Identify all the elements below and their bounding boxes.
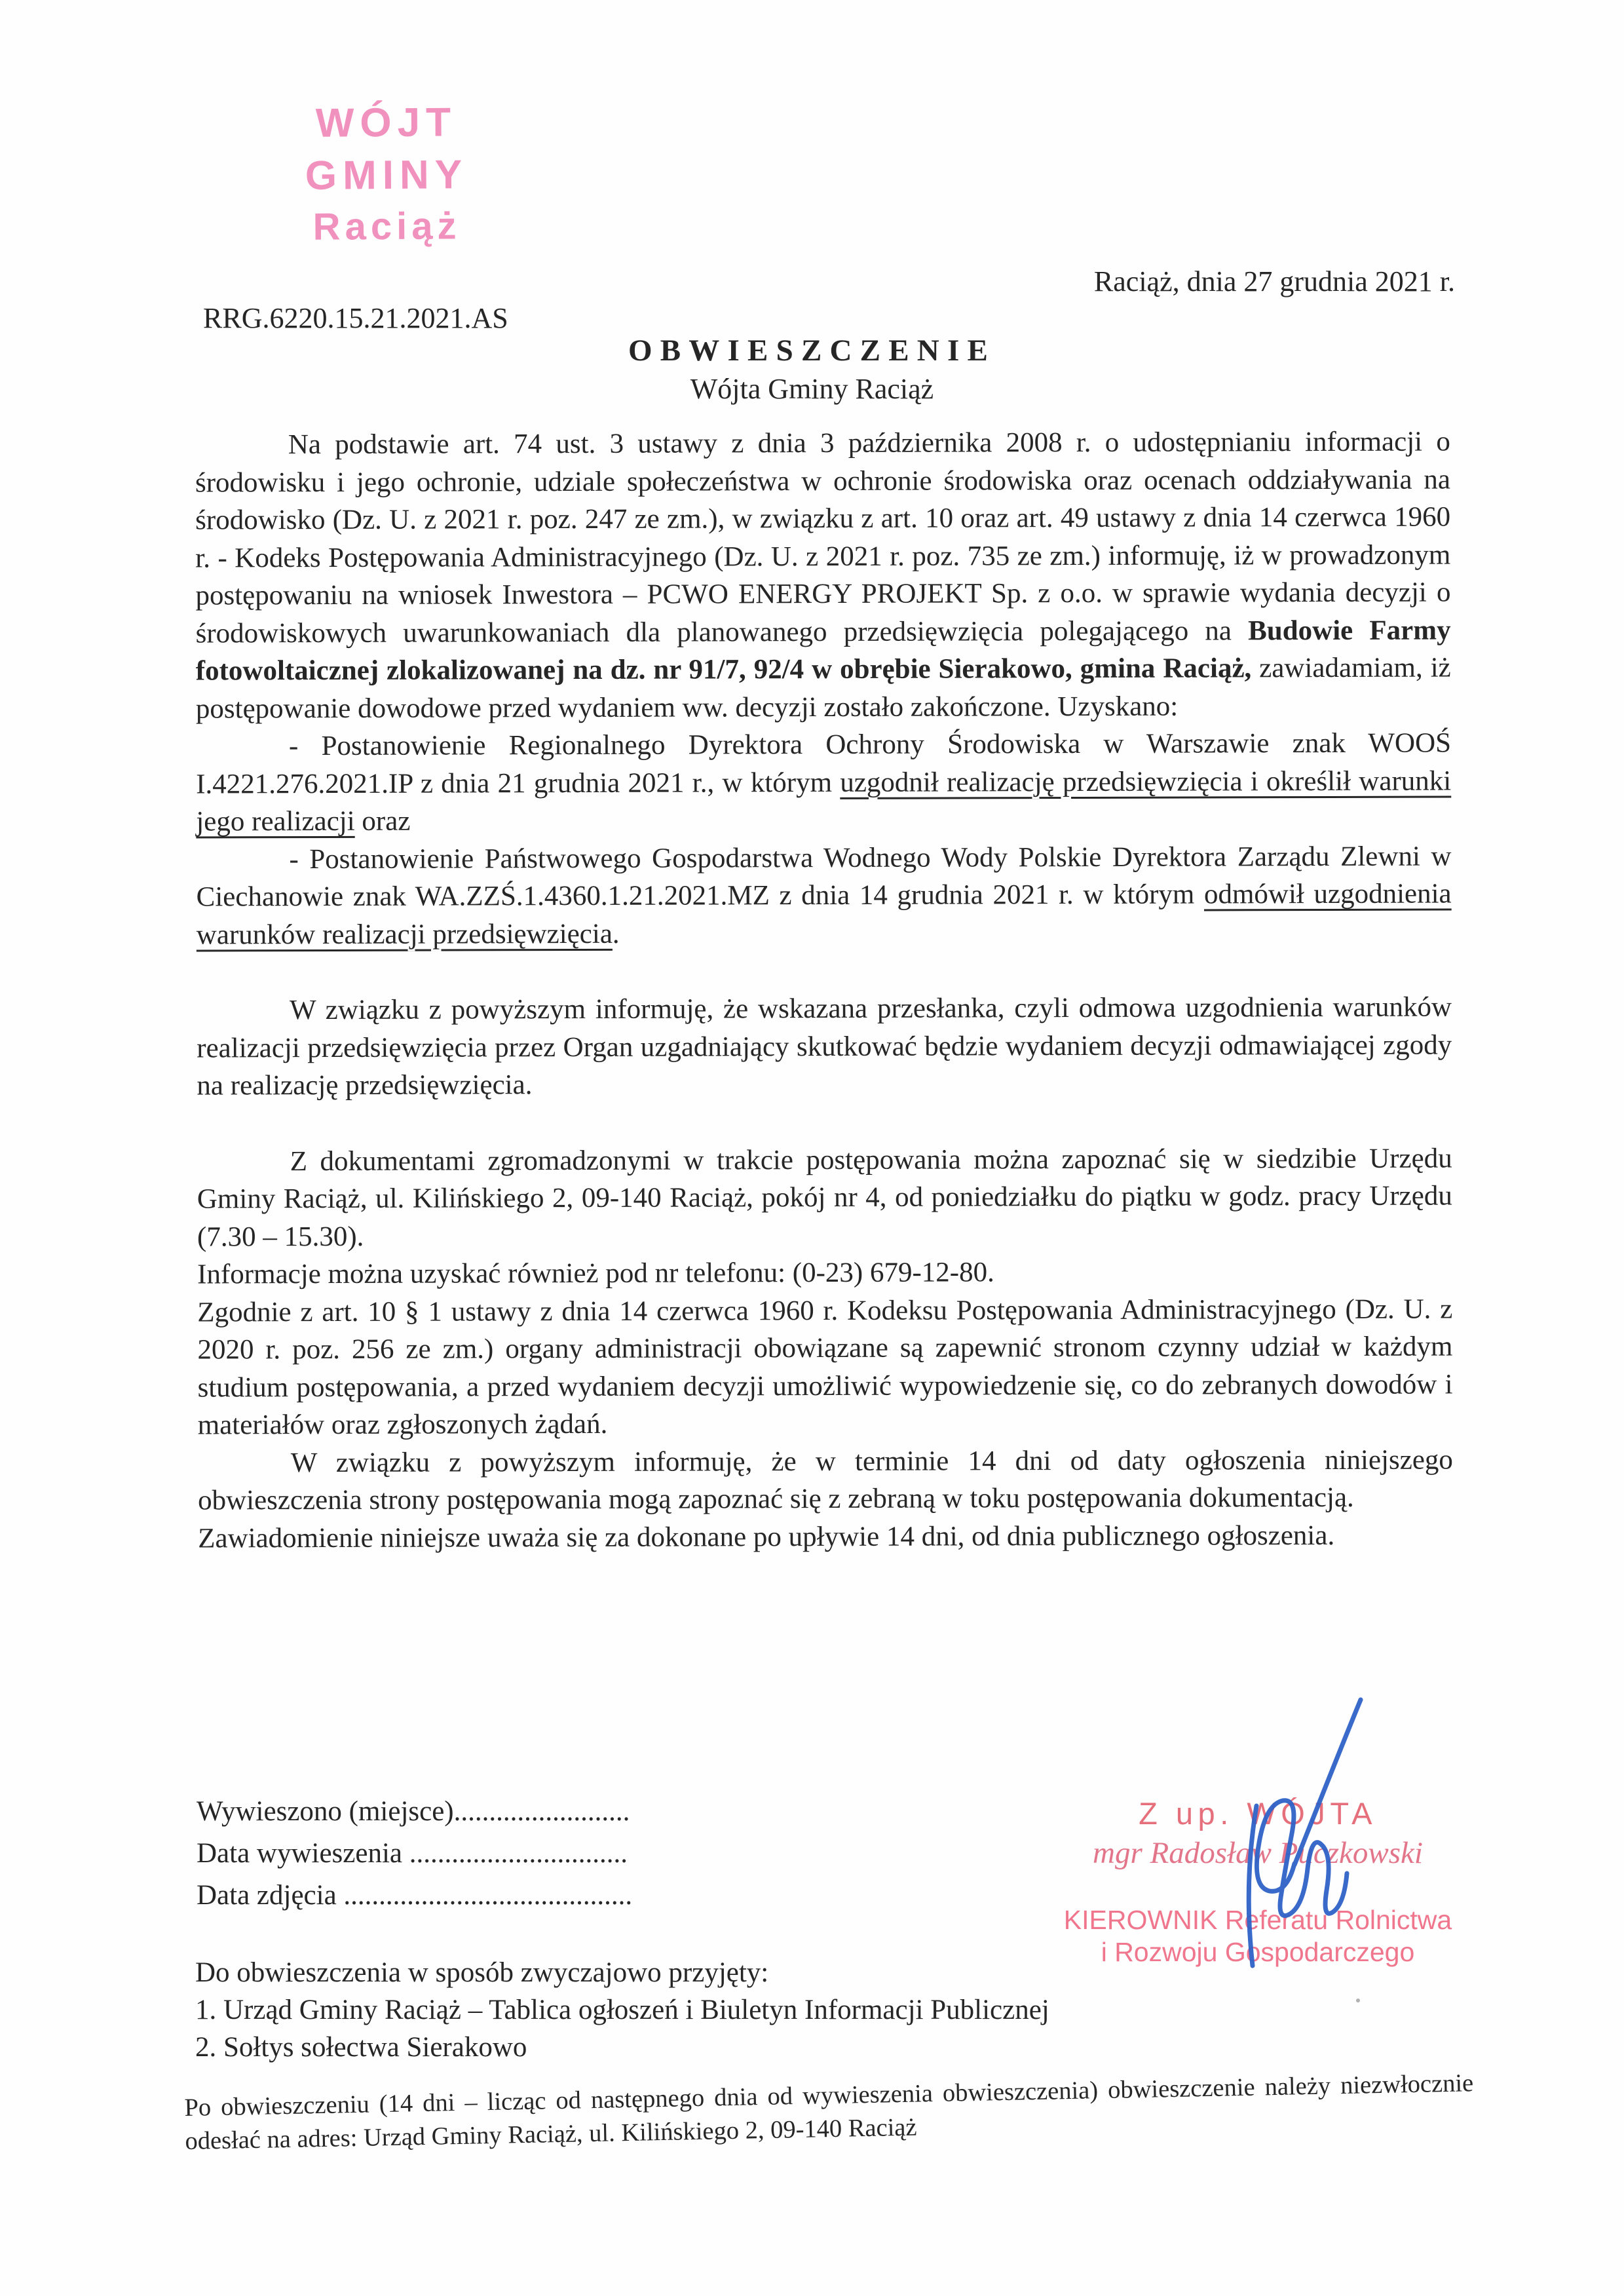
distribution-item-2: 2. Sołtys sołectwa Sierakowo xyxy=(195,2029,1049,2066)
scan-artifact-dot xyxy=(1356,1999,1360,2002)
document-body: Na podstawie art. 74 ust. 3 ustawy z dni… xyxy=(195,423,1454,1557)
list-item-rdos-decision: - Postanowienie Regionalnego Dyrektora O… xyxy=(196,724,1451,841)
paragraph-14-days-review: W związku z powyższym informuję, że w te… xyxy=(198,1441,1453,1520)
paragraph-legal-basis: Na podstawie art. 74 ust. 3 ustawy z dni… xyxy=(195,423,1451,727)
paragraph-refusal-consequence: W związku z powyższym informuję, że wska… xyxy=(197,988,1452,1105)
header-stamp-line1: WÓJT GMINY xyxy=(232,96,540,202)
dateline: Raciąż, dnia 27 grudnia 2021 r. xyxy=(1094,265,1455,298)
header-stamp-line2: Raciąż xyxy=(233,201,541,252)
distribution-heading: Do obwieszczenia w sposób zwyczajowo prz… xyxy=(195,1954,1049,1991)
document-page: WÓJT GMINY Raciąż Raciąż, dnia 27 grudni… xyxy=(0,0,1624,2296)
handwritten-signature-icon xyxy=(1192,1696,1376,1971)
document-title: OBWIESZCZENIE xyxy=(0,333,1624,368)
paragraph-notification-effective: Zawiadomienie niniejsze uważa się za dok… xyxy=(198,1516,1453,1558)
paragraph-documents-access: Z dokumentami zgromadzonymi w trakcie po… xyxy=(197,1139,1452,1256)
paragraph-phone-info: Informacje można uzyskać również pod nr … xyxy=(197,1252,1452,1293)
list-item-wody-polskie-decision: - Postanowienie Państwowego Gospodarstwa… xyxy=(196,837,1451,954)
item1-post: oraz xyxy=(355,806,411,837)
removal-date-line: Data zdjęcia ...........................… xyxy=(197,1875,632,1917)
posting-date-line: Data wywieszenia .......................… xyxy=(197,1833,632,1875)
return-instruction-footnote: Po obwieszczeniu (14 dni – licząc od nas… xyxy=(184,2067,1475,2158)
document-subtitle: Wójta Gminy Raciąż xyxy=(0,372,1624,406)
posting-place-line: Wywieszono (miejsce)....................… xyxy=(197,1791,632,1833)
distribution-item-1: 1. Urząd Gminy Raciąż – Tablica ogłoszeń… xyxy=(195,1991,1049,2029)
header-ink-stamp: WÓJT GMINY Raciąż xyxy=(232,96,541,252)
reference-number: RRG.6220.15.21.2021.AS xyxy=(203,301,508,335)
posting-record: Wywieszono (miejsce)....................… xyxy=(197,1791,632,1917)
distribution-list: Do obwieszczenia w sposób zwyczajowo prz… xyxy=(195,1954,1049,2066)
item2-post: . xyxy=(613,918,620,949)
paragraph-kpa-rights: Zgodnie z art. 10 § 1 ustawy z dnia 14 c… xyxy=(197,1290,1453,1444)
